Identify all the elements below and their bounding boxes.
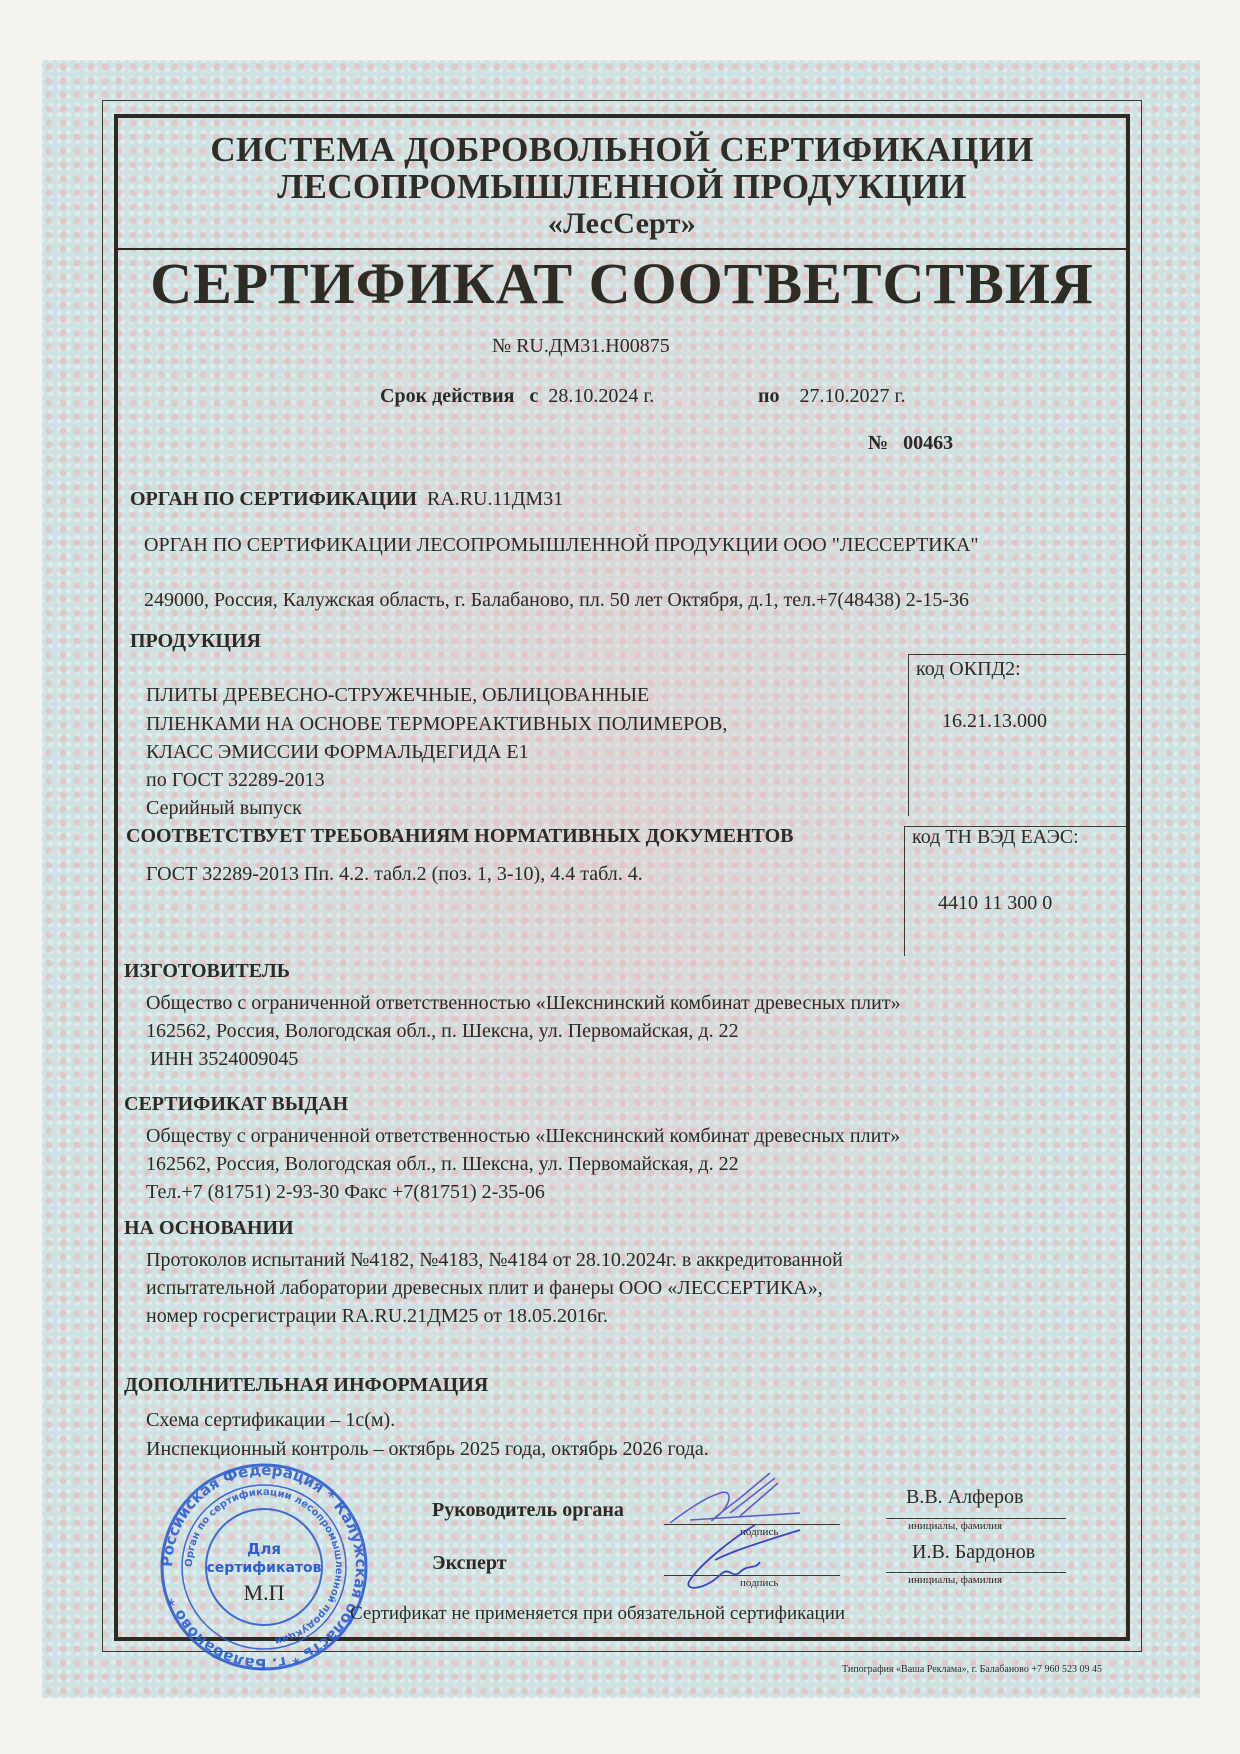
issued-to-line: Обществу с ограниченной ответственностью…	[146, 1125, 900, 1148]
issued-to-heading: СЕРТИФИКАТ ВЫДАН	[124, 1093, 348, 1116]
basis-heading: НА ОСНОВАНИИ	[124, 1217, 294, 1240]
expert-signature-icon	[660, 1520, 810, 1595]
tnved-value: 4410 11 300 0	[938, 892, 1052, 915]
validity-from-date: 28.10.2024 г.	[548, 385, 654, 407]
basis-line: испытательной лаборатории древесных плит…	[146, 1277, 823, 1300]
seal-stamp-icon: Российская Федерация * Калужская область…	[146, 1462, 382, 1672]
validity-to: по 27.10.2027 г.	[758, 385, 905, 408]
certificate-number: № RU.ДМ31.Н00875	[492, 335, 670, 358]
okpd2-value: 16.21.13.000	[942, 710, 1047, 733]
basis-line: номер госрегистрации RA.RU.21ДМ25 от 18.…	[146, 1305, 608, 1328]
expert-name-caption: инициалы, фамилия	[908, 1574, 1002, 1586]
certification-body-accreditation: RA.RU.11ДМ31	[427, 488, 563, 510]
product-line: по ГОСТ 32289-2013	[146, 769, 325, 792]
blank-number-label: №	[868, 432, 888, 454]
certification-body-name: ОРГАН ПО СЕРТИФИКАЦИИ ЛЕСОПРОМЫШЛЕННОЙ П…	[144, 534, 979, 557]
issued-to-line: Тел.+7 (81751) 2-93-30 Факс +7(81751) 2-…	[146, 1181, 545, 1204]
system-name: «ЛесСерт»	[118, 207, 1126, 241]
tnved-label: код ТН ВЭД ЕАЭС:	[912, 826, 1079, 849]
product-line: Серийный выпуск	[146, 797, 302, 820]
manufacturer-line: 162562, Россия, Вологодская обл., п. Шек…	[146, 1020, 739, 1043]
printer-credit: Типография «Ваша Реклама», г. Балабаново…	[842, 1664, 1102, 1675]
svg-text:Для: Для	[247, 1540, 281, 1558]
svg-text:М.П: М.П	[244, 1580, 285, 1605]
validity-from-label: с	[529, 385, 538, 407]
product-heading: ПРОДУКЦИЯ	[130, 630, 261, 653]
okpd2-label: код ОКПД2:	[916, 658, 1021, 681]
manufacturer-line: Общество с ограниченной ответственностью…	[146, 992, 901, 1015]
certification-body-address: 249000, Россия, Калужская область, г. Ба…	[144, 589, 969, 612]
blank-number: № 00463	[868, 432, 953, 455]
expert-label: Эксперт	[432, 1552, 507, 1575]
validity-to-date: 27.10.2027 г.	[800, 385, 906, 407]
validity-to-label: по	[758, 385, 780, 407]
validity-row: Срок действия с 28.10.2024 г.	[380, 385, 654, 408]
certification-body-heading: ОРГАН ПО СЕРТИФИКАЦИИ	[130, 488, 417, 510]
additional-heading: ДОПОЛНИТЕЛЬНАЯ ИНФОРМАЦИЯ	[124, 1374, 488, 1397]
expert-name-line	[886, 1572, 1066, 1573]
blank-number-value: 00463	[903, 432, 953, 454]
footer-note: Сертификат не применяется при обязательн…	[350, 1603, 845, 1625]
expert-name: И.В. Бардонов	[912, 1541, 1035, 1564]
system-title-line1: СИСТЕМА ДОБРОВОЛЬНОЙ СЕРТИФИКАЦИИ	[118, 130, 1126, 170]
additional-line: Инспекционный контроль – октябрь 2025 го…	[146, 1438, 709, 1461]
head-name-line	[886, 1518, 1066, 1519]
head-name-caption: инициалы, фамилия	[908, 1520, 1002, 1532]
product-line: ПЛИТЫ ДРЕВЕСНО-СТРУЖЕЧНЫЕ, ОБЛИЦОВАННЫЕ	[146, 684, 649, 707]
validity-label: Срок действия	[380, 385, 514, 407]
system-title-line2: ЛЕСОПРОМЫШЛЕННОЙ ПРОДУКЦИИ	[118, 167, 1126, 207]
manufacturer-heading: ИЗГОТОВИТЕЛЬ	[124, 960, 290, 983]
svg-text:сертификатов: сертификатов	[207, 1560, 322, 1576]
certificate-title: СЕРТИФИКАТ СООТВЕТСТВИЯ	[118, 250, 1126, 317]
conformity-text: ГОСТ 32289-2013 Пп. 4.2. табл.2 (поз. 1,…	[146, 863, 643, 886]
manufacturer-line: ИНН 3524009045	[150, 1048, 298, 1071]
certification-body-row: ОРГАН ПО СЕРТИФИКАЦИИ RA.RU.11ДМ31	[130, 488, 563, 511]
conformity-heading: СООТВЕТСТВУЕТ ТРЕБОВАНИЯМ НОРМАТИВНЫХ ДО…	[126, 825, 794, 848]
additional-line: Схема сертификации – 1с(м).	[146, 1409, 395, 1432]
product-line: ПЛЕНКАМИ НА ОСНОВЕ ТЕРМОРЕАКТИВНЫХ ПОЛИМ…	[146, 713, 727, 736]
head-name: В.В. Алферов	[906, 1486, 1023, 1509]
product-line: КЛАСС ЭМИССИИ ФОРМАЛЬДЕГИДА Е1	[146, 741, 529, 764]
basis-line: Протоколов испытаний №4182, №4183, №4184…	[146, 1249, 843, 1272]
issued-to-line: 162562, Россия, Вологодская обл., п. Шек…	[146, 1153, 739, 1176]
head-label: Руководитель органа	[432, 1499, 624, 1522]
